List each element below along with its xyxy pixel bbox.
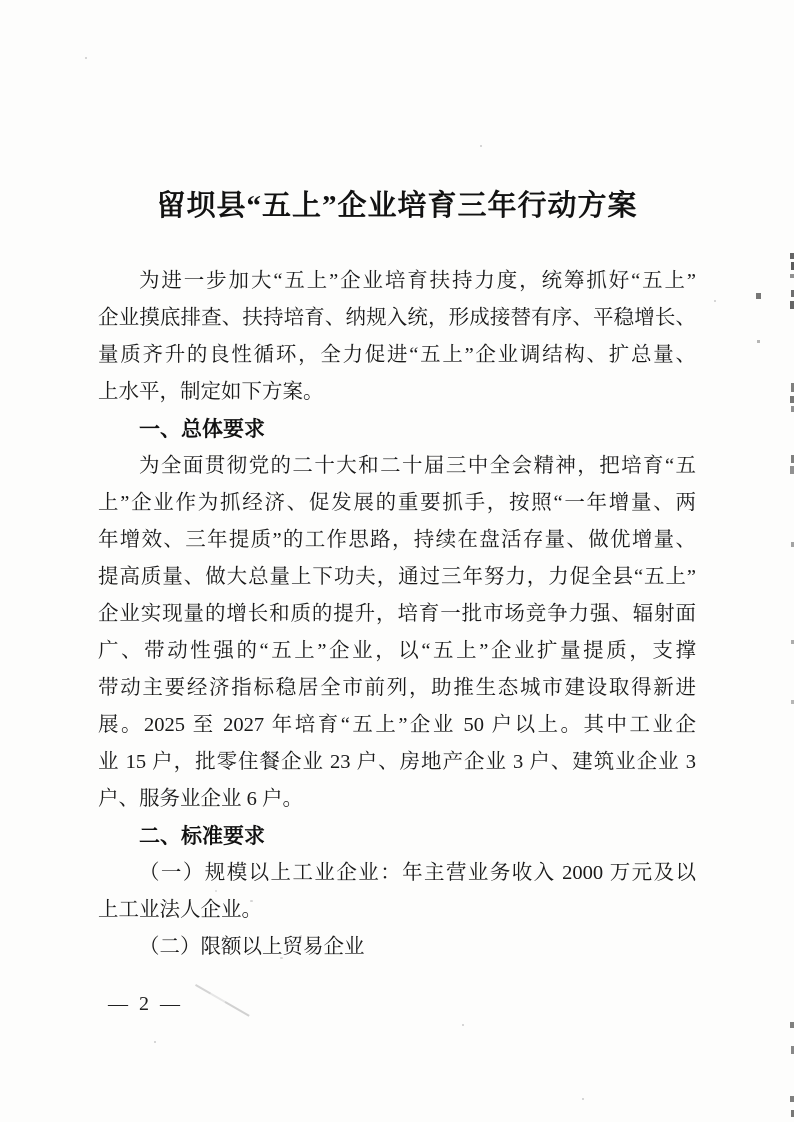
document-body: 为进一步加大“五上”企业培育扶持力度，统筹抓好“五上” 企业摸底排查、扶持培育、…	[98, 263, 696, 966]
scan-speck	[582, 1098, 584, 1100]
scan-speck	[714, 300, 716, 302]
paragraph-line: （二）限额以上贸易企业	[98, 929, 696, 966]
scan-speck	[462, 1024, 464, 1026]
scan-speck	[620, 196, 622, 198]
scan-edge-artifact	[757, 340, 760, 343]
paragraph-line: 量质齐升的良性循环，全力促进“五上”企业调结构、扩总量、	[98, 337, 696, 374]
paragraph-line: 为进一步加大“五上”企业培育扶持力度，统筹抓好“五上”	[98, 263, 696, 300]
paragraph-line: 上”企业作为抓经济、促发展的重要抓手，按照“一年增量、两	[98, 485, 696, 522]
paragraph-line: 带动主要经济指标稳居全市前列，助推生态城市建设取得新进	[98, 670, 696, 707]
paragraph-line: 户、服务业企业 6 户。	[98, 781, 696, 818]
paragraph-line: 为全面贯彻党的二十大和二十届三中全会精神，把培育“五	[98, 448, 696, 485]
scan-smudge	[195, 984, 250, 1017]
scan-edge-artifact	[790, 301, 794, 309]
paragraph-line: 上工业法人企业。	[98, 892, 696, 929]
scan-speck	[154, 1041, 156, 1043]
document-page: 留坝县“五上”企业培育三年行动方案 为进一步加大“五上”企业培育扶持力度，统筹抓…	[0, 0, 794, 1122]
scan-edge-artifact	[790, 274, 794, 278]
scan-speck	[300, 935, 302, 937]
document-title: 留坝县“五上”企业培育三年行动方案	[0, 183, 794, 224]
paragraph-line: 展。2025 至 2027 年培育“五上”企业 50 户以上。其中工业企	[98, 707, 696, 744]
paragraph-line: 提高质量、做大总量上下功夫，通过三年努力，力促全县“五上”	[98, 559, 696, 596]
paragraph-line: 企业实现量的增长和质的提升，培育一批市场竞争力强、辐射面	[98, 596, 696, 633]
page-number: — 2 —	[108, 993, 183, 1016]
scan-speck	[85, 57, 87, 59]
scan-edge-artifact	[790, 396, 794, 403]
scan-speck	[280, 957, 283, 959]
scan-speck	[480, 145, 482, 147]
scan-edge-artifact	[790, 1096, 794, 1102]
scan-edge-artifact	[790, 466, 794, 474]
paragraph-line: 广、带动性强的“五上”企业，以“五上”企业扩量提质，支撑	[98, 633, 696, 670]
paragraph-line: （一）规模以上工业企业：年主营业务收入 2000 万元及以	[98, 855, 696, 892]
section-heading-2: 二、标准要求	[98, 818, 696, 855]
paragraph-line: 业 15 户，批零住餐企业 23 户、房地产企业 3 户、建筑业企业 3	[98, 744, 696, 781]
scan-edge-artifact	[756, 293, 761, 299]
paragraph-line: 年增效、三年提质”的工作思路，持续在盘活存量、做优增量、	[98, 522, 696, 559]
scan-edge-artifact	[790, 253, 794, 259]
scan-edge-artifact	[790, 1022, 794, 1028]
scan-speck	[250, 900, 253, 902]
paragraph-line: 上水平，制定如下方案。	[98, 374, 696, 411]
scan-speck	[215, 890, 217, 892]
section-heading-1: 一、总体要求	[98, 411, 696, 448]
paragraph-line: 企业摸底排查、扶持培育、纳规入统，形成接替有序、平稳增长、	[98, 300, 696, 337]
